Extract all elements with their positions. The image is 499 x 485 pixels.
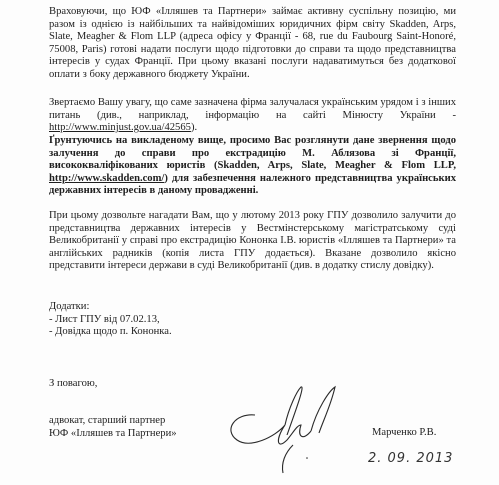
skadden-link[interactable]: http://www.skadden.com/ xyxy=(49,173,164,184)
paragraph-request: Ґрунтуючись на викладеному вище, просимо… xyxy=(49,135,456,198)
attachments: Додатки: - Лист ГПУ від 07.02.13, - Дові… xyxy=(49,301,172,339)
signer-position-line2: ЮФ «Ілляшев та Партнери» xyxy=(49,428,177,441)
paragraph-notice-end: ). xyxy=(191,122,197,133)
minjust-link[interactable]: http://www.minjust.gov.ua/42565 xyxy=(49,122,191,133)
paragraph-notice: Звертаємо Вашу увагу, що саме зазначена … xyxy=(49,97,456,135)
attachment-item: - Довідка щодо п. Кононка. xyxy=(49,326,172,339)
signer-position-line1: адвокат, старший партнер xyxy=(49,415,177,428)
paragraph-request-text: Ґрунтуючись на викладеному вище, просимо… xyxy=(49,135,456,171)
paragraph-offer: Враховуючи, що ЮФ «Ілляшев та Партнери» … xyxy=(49,6,456,82)
attachment-item: - Лист ГПУ від 07.02.13, xyxy=(49,314,172,327)
signer-name: Марченко Р.В. xyxy=(372,427,436,438)
closing: З повагою, xyxy=(49,378,97,389)
paragraph-precedent: При цьому дозвольте нагадати Вам, що у л… xyxy=(49,210,456,273)
attachments-title: Додатки: xyxy=(49,301,172,314)
document-page: Враховуючи, що ЮФ «Ілляшев та Партнери» … xyxy=(0,0,499,485)
handwritten-date: 2. 09. 2013 xyxy=(368,451,453,466)
paragraph-notice-text: Звертаємо Вашу увагу, що саме зазначена … xyxy=(49,97,456,121)
signer-position: адвокат, старший партнер ЮФ «Ілляшев та … xyxy=(49,415,177,441)
signature-icon xyxy=(225,385,345,475)
